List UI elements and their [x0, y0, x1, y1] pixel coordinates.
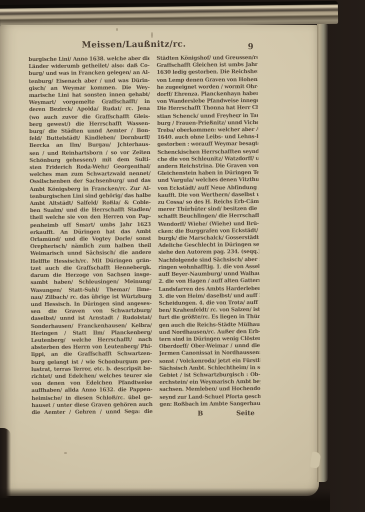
book-fore-edge: [317, 24, 328, 482]
book-photo-scene: Meissen/Laußnitz/rc. 9 burgische Lini/ A…: [0, 0, 365, 512]
text-column-right: Städten Königshof/ und Greussen/rc. DieG…: [156, 55, 260, 418]
signature-row: B Seite: [160, 408, 261, 418]
paper-speck: [116, 28, 118, 31]
running-header: Meissen/Laußnitz/rc. 9: [28, 39, 257, 55]
page-title: Meissen/Laußnitz/rc.: [28, 39, 239, 51]
page-number: 9: [248, 41, 254, 51]
text-column-right-lines: Städten Königshof/ und Greussen/rc. DieG…: [156, 55, 260, 409]
paper-speck: [64, 452, 67, 454]
text-line: die Aemter / Gehren / unnd Sega: die: [32, 409, 153, 417]
text-column-left: burgische Lini/ Anno 1638. welche aber d…: [28, 56, 152, 419]
text-line: gen: Roßbach im Ambte Sangerhausen: [160, 401, 261, 409]
bottom-edge-shadow: [0, 488, 330, 512]
two-column-text: burgische Lini/ Anno 1638. welche aber d…: [28, 55, 260, 419]
printed-text-block: Meissen/Laußnitz/rc. 9 burgische Lini/ A…: [28, 39, 260, 419]
signature-mark: B: [198, 409, 204, 417]
book-top-page-edges: [0, 1, 338, 28]
paper-speck: [151, 32, 153, 38]
catchword: Seite: [236, 409, 255, 417]
